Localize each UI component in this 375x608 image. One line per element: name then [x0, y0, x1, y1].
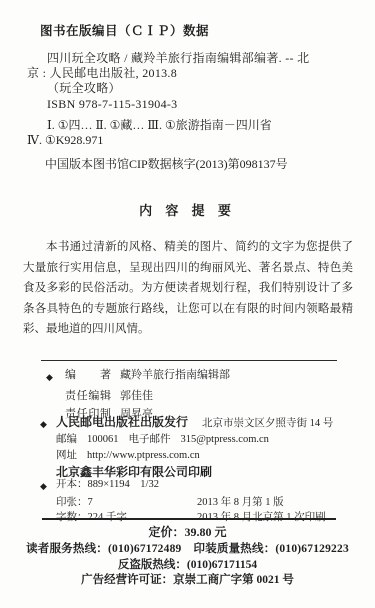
- duty-editor-value: 郭佳佳: [120, 387, 153, 406]
- divider-line-bottom: [42, 518, 336, 520]
- diamond-bullet-icon: ◆: [40, 477, 56, 495]
- email-label: 电子邮件: [129, 434, 171, 445]
- isbn: ISBN 978-7-115-31904-3: [27, 97, 355, 112]
- classification-line2: Ⅳ. ①K928.971: [27, 133, 355, 148]
- editor-value: 藏羚羊旅行指南编辑部: [120, 366, 230, 387]
- postcode-label: 邮编: [56, 434, 77, 445]
- postcode-value: 100061: [87, 434, 119, 445]
- cip-record-number: 中国版本图书馆CIP数据核字(2013)第098137号: [45, 155, 288, 172]
- format-sheets-row: 印张：7 2013 年 8 月第 1 版: [40, 495, 365, 511]
- anti-piracy-hotline: 反盗版热线：(010)67171154: [0, 556, 375, 572]
- website-row: 网址http://www.ptpress.com.cn: [40, 448, 365, 464]
- website-label: 网址: [56, 450, 77, 461]
- hotline-row: 读者服务热线：(010)67172489印装质量热线：(010)67129223: [0, 540, 375, 556]
- website-value: http://www.ptpress.com.cn: [87, 450, 200, 461]
- cip-series: （玩全攻略）: [27, 81, 355, 96]
- summary-body: 本书通过清新的风格、精美的图片、简约的文字为您提供了大量旅行实用信息，呈现出四川…: [23, 237, 353, 340]
- reader-service-hotline: 读者服务热线：(010)67172489: [26, 543, 181, 555]
- price: 定价：39.80 元: [0, 523, 375, 540]
- summary-title: 内 容 提 要: [0, 200, 375, 219]
- ad-license: 广告经营许可证：京崇工商广字第 0021 号: [0, 571, 375, 587]
- classification-line1: Ⅰ. ①四… Ⅱ. ①藏… Ⅲ. ①旅游指南－四川省: [27, 118, 355, 133]
- diamond-bullet-icon: ◆: [46, 366, 65, 387]
- cip-title-line2: 京 : 人民邮电出版社, 2013.8: [27, 66, 355, 81]
- format-size: 开本：889×1194 1/32: [56, 477, 159, 495]
- cip-header: 图书在版编目（ＣＩＰ）数据: [40, 21, 209, 39]
- printed-sheets: 印张：7: [56, 495, 197, 511]
- postcode-email-row: 邮编100061电子邮件315@ptpress.com.cn: [40, 432, 365, 448]
- editor-label: 编 著: [65, 366, 111, 387]
- edition-info: 2013 年 8 月第 1 版: [197, 495, 284, 511]
- duty-editor-label: 责任编辑: [65, 387, 111, 406]
- email-value: 315@ptpress.com.cn: [181, 434, 269, 445]
- cip-title-line1: 四川玩全攻略 / 藏羚羊旅行指南编辑部编著. -- 北: [27, 51, 355, 66]
- publisher-row: ◆ 人民邮电出版社出版发行 北京市崇文区夕照寺街 14 号: [40, 414, 365, 432]
- publisher-name: 人民邮电出版社出版发行: [56, 414, 188, 432]
- credits-row-editor: ◆ 编 著 藏羚羊旅行指南编辑部: [46, 366, 230, 387]
- diamond-bullet-icon: ◆: [40, 414, 56, 432]
- print-quality-hotline: 印装质量热线：(010)67129223: [194, 543, 349, 555]
- cip-catalog-block: 四川玩全攻略 / 藏羚羊旅行指南编辑部编著. -- 北 京 : 人民邮电出版社,…: [27, 51, 355, 112]
- format-size-row: ◆ 开本：889×1194 1/32: [40, 477, 365, 495]
- publisher-address: 北京市崇文区夕照寺街 14 号: [202, 414, 333, 432]
- publisher-block: ◆ 人民邮电出版社出版发行 北京市崇文区夕照寺街 14 号 邮编100061电子…: [40, 414, 365, 480]
- divider-line-top: [41, 360, 337, 361]
- credits-row-duty-editor: 责任编辑 郭佳佳: [46, 387, 230, 406]
- book-copyright-page: 图书在版编目（ＣＩＰ）数据 四川玩全攻略 / 藏羚羊旅行指南编辑部编著. -- …: [0, 0, 375, 608]
- cip-classification: Ⅰ. ①四… Ⅱ. ①藏… Ⅲ. ①旅游指南－四川省 Ⅳ. ①K928.971: [27, 118, 355, 148]
